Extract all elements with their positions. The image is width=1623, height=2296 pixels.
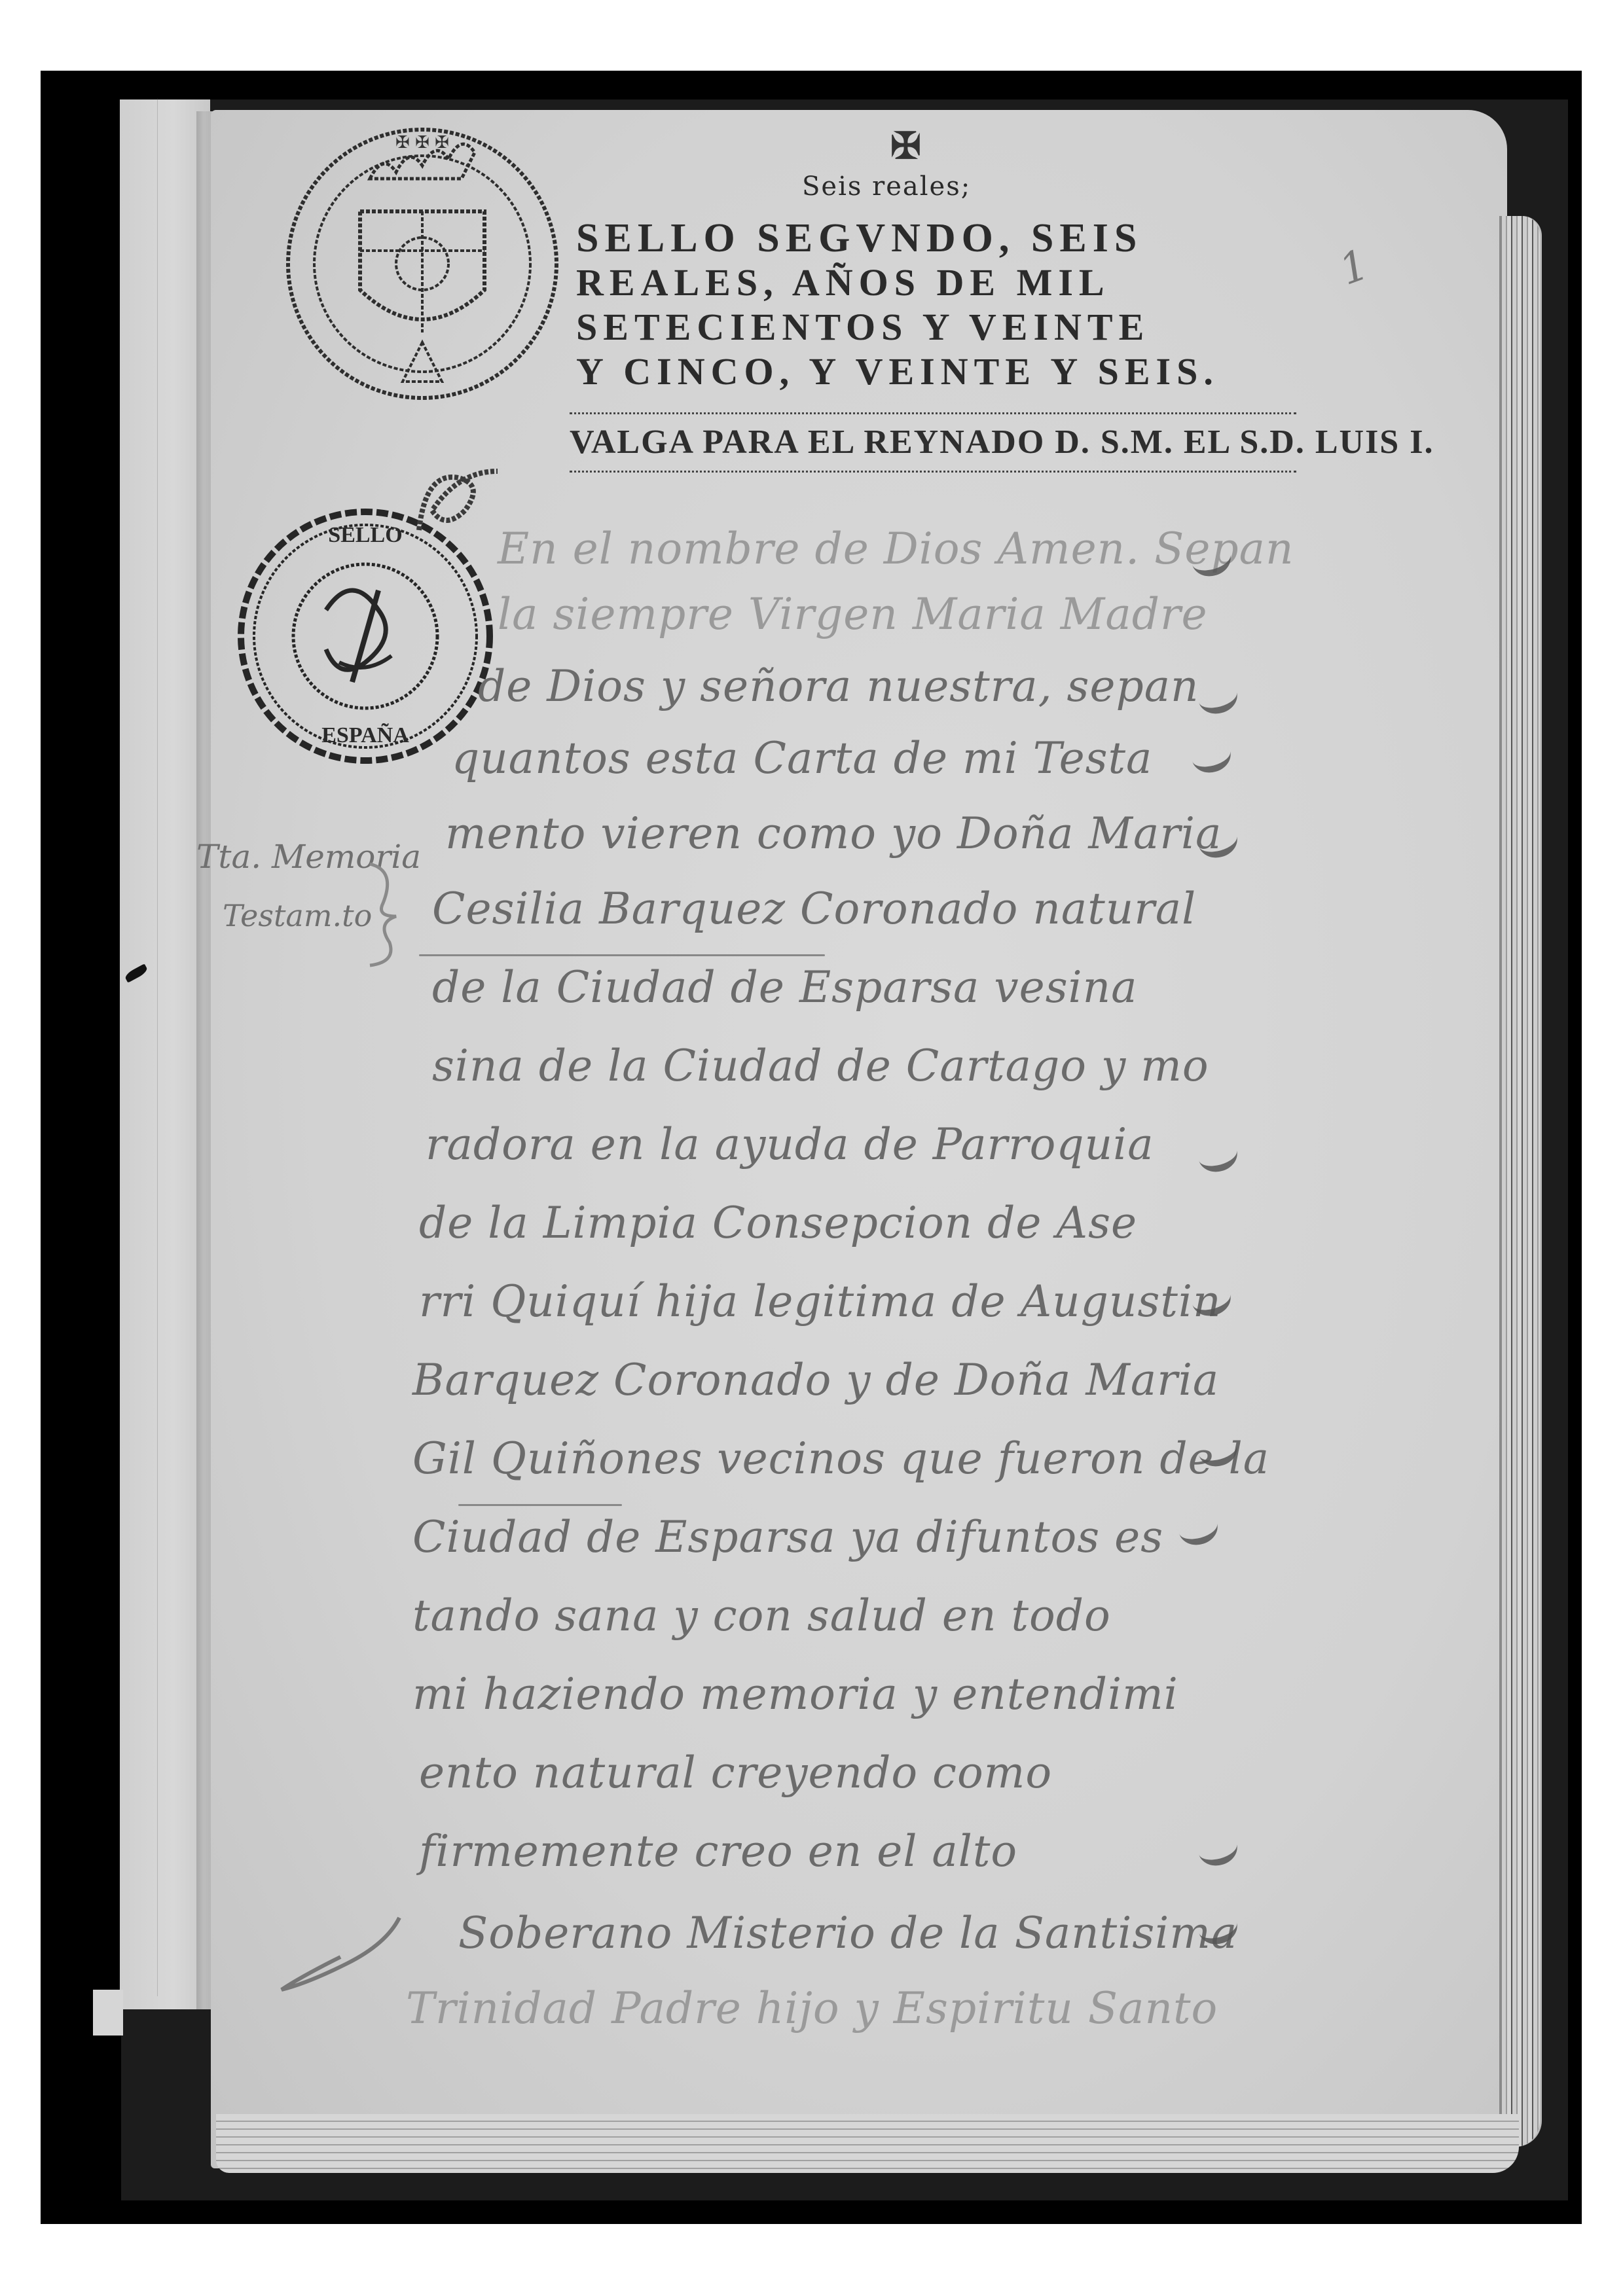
handwritten-line-7: de la Ciudad de Esparsa vesina (432, 962, 1138, 1013)
left-strip-tab (93, 1990, 123, 2036)
handwritten-line-10: de la Limpia Consepcion de Ase (419, 1198, 1137, 1248)
handwritten-line-15: tando sana y con salud en todo (412, 1590, 1111, 1641)
handwritten-line-6: Cesilia Barquez Coronado natural (432, 884, 1196, 934)
denomination-label: Seis reales; (802, 171, 971, 202)
heading-line-3: SETECIENTOS Y VEINTE (576, 305, 1264, 350)
handwritten-line-11: rri Quiquí hija legitima de Augustin (419, 1276, 1221, 1327)
name-underline (419, 954, 825, 956)
margin-note-line-2: Testam.to (223, 898, 372, 933)
heading-line-2: REALES, AÑOS DE MIL (576, 260, 1264, 305)
stamp-heading: SELLO SEGVNDO, SEIS REALES, AÑOS DE MIL … (576, 216, 1264, 394)
handwritten-line-8: sina de la Ciudad de Cartago y mo (432, 1041, 1209, 1091)
handwritten-line-16: mi haziendo memoria y entendimi (412, 1669, 1178, 1719)
handwritten-line-2: la siempre Virgen Maria Madre (498, 589, 1208, 639)
handwritten-line-20: Trinidad Padre hijo y Espiritu Santo (406, 1983, 1218, 2034)
page-edges-stack (1499, 216, 1542, 2147)
handwritten-line-14: Ciudad de Esparsa ya difuntos es (412, 1512, 1163, 1562)
heading-line-1: SELLO SEGVNDO, SEIS (576, 216, 1264, 260)
handwritten-line-3: de Dios y señora nuestra, sepan (478, 661, 1199, 711)
handwritten-line-19: Soberano Misterio de la Santisima (458, 1908, 1237, 1958)
svg-text:✠ ✠ ✠: ✠ ✠ ✠ (395, 133, 449, 152)
heading-line-4: Y CINCO, Y VEINTE Y SEIS. (576, 350, 1264, 394)
handwritten-line-13: Gil Quiñones vecinos que fueron de la (412, 1433, 1269, 1484)
page-bottom-edges (216, 2114, 1519, 2173)
surname-underline (458, 1504, 622, 1506)
handwritten-line-18: firmemente creo en el alto (419, 1826, 1017, 1876)
royal-coat-of-arms-seal-icon: ✠ ✠ ✠ (278, 117, 566, 404)
svg-text:ESPAÑA: ESPAÑA (321, 723, 409, 747)
margin-flourish-icon (268, 1911, 412, 1996)
svg-text:SELLO: SELLO (328, 523, 402, 547)
handwritten-line-5: mento vieren como yo Doña Maria (445, 808, 1222, 859)
handwritten-line-4: quantos esta Carta de mi Testa (452, 733, 1152, 783)
validity-line: VALGA PARA EL REYNADO D. S.M. EL S.D. LU… (570, 412, 1296, 473)
brace-mark-icon (363, 857, 409, 969)
handwritten-line-9: radora en la ayuda de Parroquia (426, 1119, 1154, 1170)
handwritten-line-1: En el nombre de Dios Amen. Sepan (498, 524, 1294, 574)
cross-icon: ✠ (890, 124, 921, 168)
handwritten-line-12: Barquez Coronado y de Doña Maria (412, 1355, 1219, 1405)
handwritten-line-17: ento natural creyendo como (419, 1748, 1052, 1798)
strip-crease (157, 98, 158, 1996)
flourish-mark-icon (406, 452, 504, 550)
